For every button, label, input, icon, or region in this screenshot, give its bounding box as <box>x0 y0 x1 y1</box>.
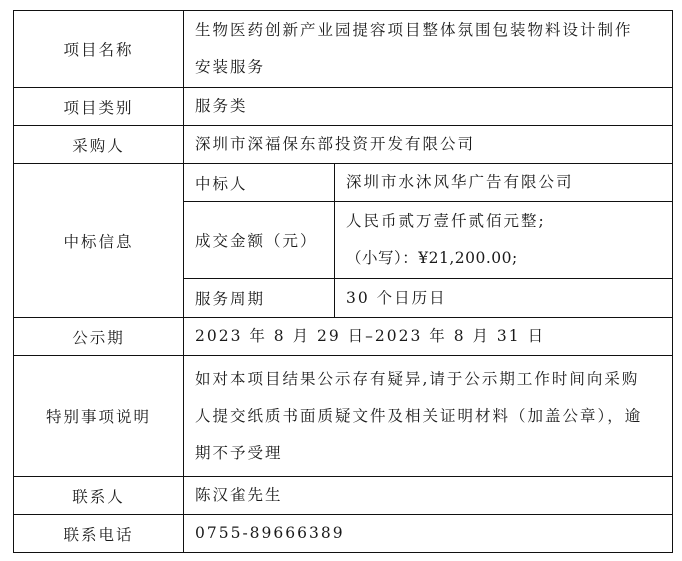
label-publicity-period: 公示期 <box>14 318 184 356</box>
row-contact-phone: 联系电话 0755-89666389 <box>14 515 673 553</box>
value-contact-person: 陈汉雀先生 <box>184 477 673 515</box>
value-winner: 深圳市水沐风华广告有限公司 <box>335 164 673 202</box>
value-project-name: 生物医药创新产业园提容项目整体氛围包装物料设计制作 安装服务 <box>184 11 673 88</box>
row-project-category: 项目类别 服务类 <box>14 88 673 126</box>
row-winner: 中标信息 中标人 深圳市水沐风华广告有限公司 <box>14 164 673 202</box>
label-winner: 中标人 <box>184 164 335 202</box>
row-publicity-period: 公示期 2023 年 8 月 29 日–2023 年 8 月 31 日 <box>14 318 673 356</box>
label-amount: 成交金额（元） <box>184 202 335 279</box>
label-contact-person: 联系人 <box>14 477 184 515</box>
value-service-period: 30 个日历日 <box>335 279 673 318</box>
amount-figures: （小写）：¥21,200.00; <box>346 240 672 277</box>
special-notes-line-1: 如对本项目结果公示存有疑异,请于公示期工作时间向采购 <box>195 361 672 398</box>
value-purchaser: 深圳市深福保东部投资开发有限公司 <box>184 126 673 164</box>
project-name-line-1: 生物医药创新产业园提容项目整体氛围包装物料设计制作 <box>195 12 672 49</box>
project-name-line-2: 安装服务 <box>195 49 672 86</box>
special-notes-line-3: 期不予受理 <box>195 435 672 472</box>
label-project-name: 项目名称 <box>14 11 184 88</box>
label-purchaser: 采购人 <box>14 126 184 164</box>
value-publicity-period: 2023 年 8 月 29 日–2023 年 8 月 31 日 <box>184 318 673 356</box>
value-project-category: 服务类 <box>184 88 673 126</box>
special-notes-line-2: 人提交纸质书面质疑文件及相关证明材料（加盖公章），逾 <box>195 398 672 435</box>
amount-words: 人民币贰万壹仟贰佰元整; <box>346 203 672 240</box>
label-contact-phone: 联系电话 <box>14 515 184 553</box>
value-amount: 人民币贰万壹仟贰佰元整; （小写）：¥21,200.00; <box>335 202 673 279</box>
row-contact-person: 联系人 陈汉雀先生 <box>14 477 673 515</box>
label-service-period: 服务周期 <box>184 279 335 318</box>
label-award-info: 中标信息 <box>14 164 184 318</box>
row-purchaser: 采购人 深圳市深福保东部投资开发有限公司 <box>14 126 673 164</box>
row-special-notes: 特别事项说明 如对本项目结果公示存有疑异,请于公示期工作时间向采购 人提交纸质书… <box>14 356 673 477</box>
label-project-category: 项目类别 <box>14 88 184 126</box>
row-project-name: 项目名称 生物医药创新产业园提容项目整体氛围包装物料设计制作 安装服务 <box>14 11 673 88</box>
award-announcement-table: 项目名称 生物医药创新产业园提容项目整体氛围包装物料设计制作 安装服务 项目类别… <box>13 10 673 553</box>
value-special-notes: 如对本项目结果公示存有疑异,请于公示期工作时间向采购 人提交纸质书面质疑文件及相… <box>184 356 673 477</box>
value-contact-phone: 0755-89666389 <box>184 515 673 553</box>
label-special-notes: 特别事项说明 <box>14 356 184 477</box>
